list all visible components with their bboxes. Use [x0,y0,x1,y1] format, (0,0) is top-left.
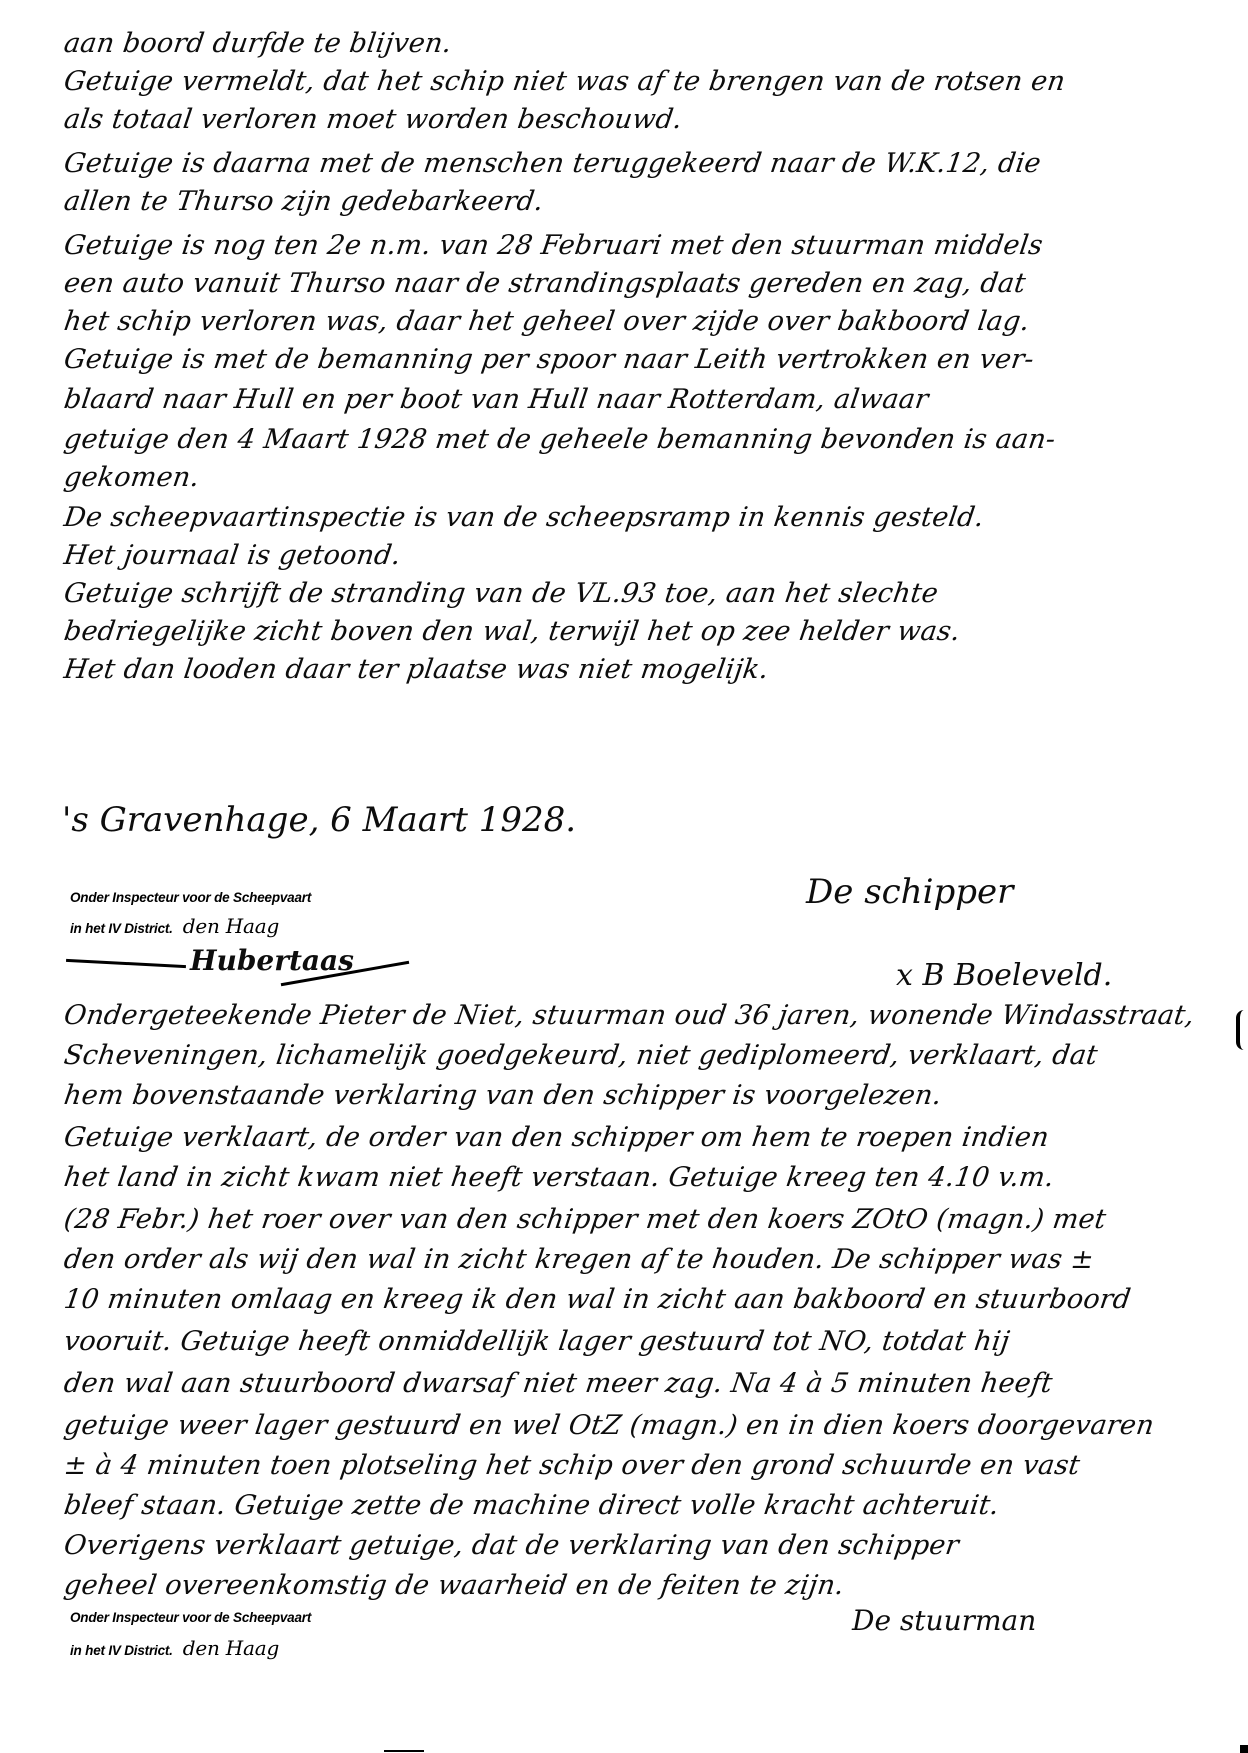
text-line: getuige weer lager gestuurd en wel OtZ (… [62,1410,1156,1441]
skipper-title: De schipper [806,872,1013,912]
text-line: Het dan looden daar ter plaatse was niet… [62,654,771,685]
text-line: Ondergeteekende Pieter de Niet, stuurman… [62,1000,1196,1031]
text-line: Scheveningen, lichamelijk goedgekeurd, n… [62,1040,1100,1071]
text-line: Overigens verklaart getuige, dat de verk… [62,1530,961,1561]
text-line: blaard naar Hull en per boot van Hull na… [62,384,930,415]
text-line: als totaal verloren moet worden beschouw… [62,104,684,135]
signature-flourish-left [66,959,186,968]
text-line: Het journaal is getoond. [62,540,403,571]
stamp-district: in het IV District. [70,921,173,936]
skipper-signature: x B Boeleveld. [896,958,1112,993]
text-line: Getuige is daarna met de menschen terugg… [62,148,1043,179]
stamp-district: in het IV District. [70,1643,173,1658]
text-line: Getuige is nog ten 2e n.m. van 28 Februa… [62,230,1045,261]
inspector-stamp-2-line-1: Onder Inspecteur voor de Scheepvaart [70,1610,311,1625]
text-line: ± à 4 minuten toen plotseling het schip … [62,1450,1082,1481]
text-line: De scheepvaartinspectie is van de scheep… [62,502,986,533]
text-line: het land in zicht kwam niet heeft versta… [62,1162,1056,1193]
text-line: (28 Febr.) het roer over van den schippe… [62,1204,1108,1235]
text-line: vooruit. Getuige heeft onmiddellijk lage… [62,1326,1012,1357]
text-line: den order als wij den wal in zicht krege… [62,1244,1096,1275]
text-line: den wal aan stuurboord dwarsaf niet meer… [62,1368,1054,1399]
text-line: bedriegelijke zicht boven den wal, terwi… [62,616,962,647]
text-line: 10 minuten omlaag en kreeg ik den wal in… [62,1284,1133,1315]
scan-artifact-bracket [1236,1010,1248,1050]
text-line: allen te Thurso zijn gedebarkeerd. [62,186,545,217]
text-line: gekomen. [62,462,201,493]
text-line: getuige den 4 Maart 1928 met de geheele … [62,424,1057,455]
scan-artifact-bottom [384,1750,424,1752]
text-line: Getuige verklaart, de order van den schi… [62,1122,1051,1153]
place-date: 's Gravenhage, 6 Maart 1928. [62,800,576,840]
text-line: Getuige is met de bemanning per spoor na… [62,344,1036,375]
text-line: een auto vanuit Thurso naar de stranding… [62,268,1028,299]
scanned-document-page: aan boord durfde te blijven. Getuige ver… [0,0,1248,1753]
text-line: aan boord durfde te blijven. [62,28,454,59]
text-line: geheel overeenkomstig de waarheid en de … [62,1570,846,1601]
inspector-stamp-line-2: in het IV District.den Haag [70,914,279,938]
text-line: bleef staan. Getuige zette de machine di… [62,1490,1001,1521]
helmsman-title: De stuurman [852,1604,1036,1637]
text-line: Getuige vermeldt, dat het schip niet was… [62,66,1067,97]
text-line: Getuige schrijft de stranding van de VL.… [62,578,940,609]
stamp-handwritten-city: den Haag [183,914,279,938]
text-line: het schip verloren was, daar het geheel … [62,306,1031,337]
inspector-signature: Hubertaas [190,944,354,977]
stamp-handwritten-city: den Haag [183,1636,279,1660]
inspector-stamp-2-line-2: in het IV District.den Haag [70,1636,279,1660]
text-line: hem bovenstaande verklaring van den schi… [62,1080,944,1111]
scan-artifact-corner [1240,1745,1248,1753]
inspector-stamp-line-1: Onder Inspecteur voor de Scheepvaart [70,890,311,905]
